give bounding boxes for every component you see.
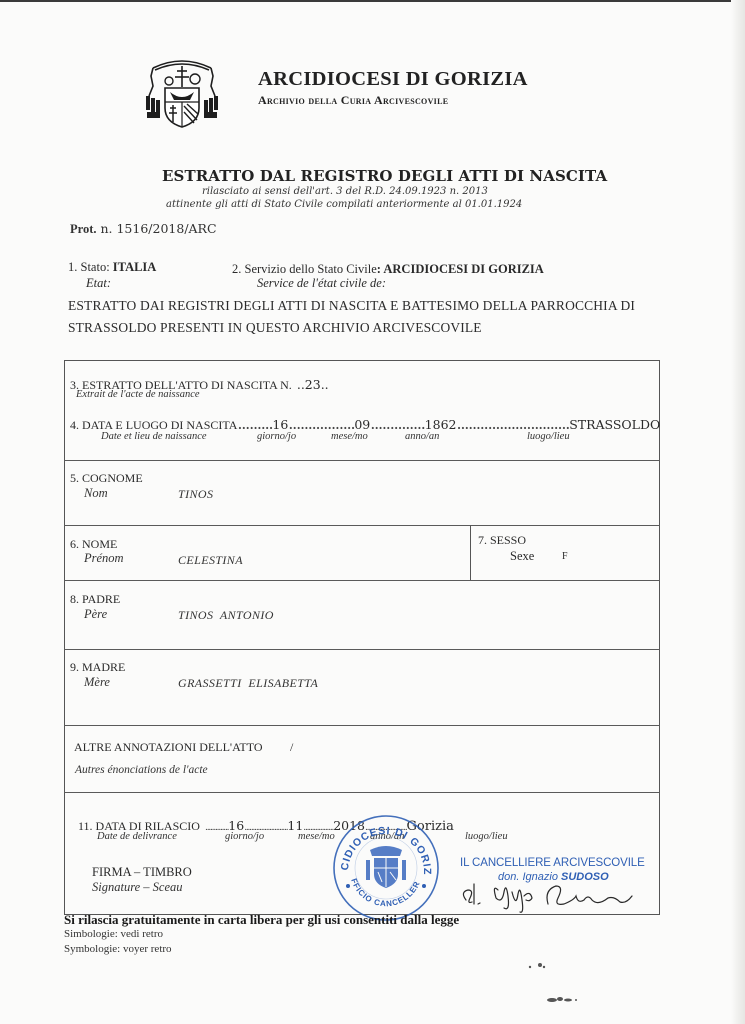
service-label: 2. Servizio dello Stato Civile	[232, 262, 377, 276]
mother-label: 9. MADRE	[70, 660, 125, 675]
year-caption: anno/an	[405, 431, 439, 442]
page-shadow	[731, 0, 745, 1024]
divider	[64, 525, 660, 526]
act-number-value: ..23..	[297, 377, 329, 392]
father-value: TINOS ANTONIO	[178, 608, 274, 623]
issue-date-label-fr: Date de delivrance	[97, 831, 177, 842]
institution-name: ARCIDIOCESI DI GORIZIA	[258, 68, 528, 91]
father-label-fr: Père	[84, 607, 107, 622]
mother-value: GRASSETTI ELISABETTA	[178, 676, 318, 691]
service-label-fr: Service de l'état civile de:	[257, 276, 386, 291]
chancellor-title: IL CANCELLIERE ARCIVESCOVILE	[460, 857, 645, 869]
day-caption: giorno/jo	[257, 431, 296, 442]
divider	[64, 460, 660, 461]
place-caption: luogo/lieu	[465, 831, 508, 842]
official-stamp-icon: ARCIDIOCESI DI GORIZIA UFFICIO CANCELLER…	[330, 812, 442, 924]
free-issue-note: Si rilascia gratuitamente in carta liber…	[64, 912, 459, 928]
surname-value: TINOS	[178, 487, 213, 502]
divider	[64, 792, 660, 793]
birth-label-fr: Date et lieu de naissance	[101, 431, 207, 442]
page-edge	[0, 0, 745, 2]
protocol-label: Prot.	[70, 222, 97, 236]
first-name-label: 6. NOME	[70, 537, 117, 552]
coat-of-arms-icon	[143, 52, 221, 128]
department-name: Archivio della Curia Arcivescovile	[258, 93, 448, 108]
birth-label: 4. DATA E LUOGO DI NASCITA	[70, 418, 237, 432]
document-subtitle: attinente gli atti di Stato Civile compi…	[166, 199, 522, 210]
birth-day: 16	[272, 417, 288, 432]
month-caption: mese/mo	[331, 431, 368, 442]
divider	[64, 649, 660, 650]
state-field: 1. Stato: ITALIA	[68, 260, 156, 275]
symbols-note-fr: Symbologie: voyer retro	[64, 943, 172, 955]
birth-month: 09	[354, 417, 370, 432]
father-label: 8. PADRE	[70, 592, 120, 607]
scan-specks	[470, 955, 590, 1005]
annotations-value: /	[290, 740, 293, 755]
annotations-label: ALTRE ANNOTAZIONI DELL'ATTO	[74, 740, 263, 755]
sex-value: F	[562, 551, 568, 562]
service-field: 2. Servizio dello Stato Civile: ARCIDIOC…	[232, 262, 544, 277]
protocol-number: Prot. n. 1516/2018/ARC	[70, 221, 217, 237]
surname-label-fr: Nom	[84, 486, 108, 501]
protocol-value: n. 1516/2018/ARC	[100, 221, 216, 236]
state-label: 1. Stato:	[68, 260, 110, 274]
divider	[64, 580, 660, 581]
surname-label: 5. COGNOME	[70, 471, 143, 486]
first-name-label-fr: Prénom	[84, 551, 124, 566]
document-subtitle: rilasciato ai sensi dell'art. 3 del R.D.…	[202, 186, 488, 197]
divider	[470, 525, 471, 580]
document-title: ESTRATTO DAL REGISTRO DEGLI ATTI DI NASC…	[162, 167, 607, 185]
service-value: : ARCIDIOCESI DI GORIZIA	[377, 262, 544, 276]
act-number-label-fr: Extrait de l'acte de naissance	[76, 389, 200, 400]
symbols-note-it: Simbologie: vedi retro	[64, 928, 163, 940]
divider	[64, 725, 660, 726]
birth-place: STRASSOLDO	[569, 417, 660, 432]
signature-label: FIRMA – TIMBRO	[92, 865, 192, 880]
mother-label-fr: Mère	[84, 675, 110, 690]
birth-year: 1862	[425, 417, 457, 432]
signature-label-fr: Signature – Sceau	[92, 880, 183, 895]
annotations-label-fr: Autres énonciations de l'acte	[75, 764, 208, 776]
handwritten-signature-icon	[458, 878, 638, 918]
day-caption: giorno/jo	[225, 831, 264, 842]
state-value: ITALIA	[113, 260, 157, 274]
extract-description: ESTRATTO DAI REGISTRI DEGLI ATTI DI NASC…	[68, 298, 678, 314]
place-caption: luogo/lieu	[527, 431, 570, 442]
sex-label: 7. SESSO	[478, 533, 526, 548]
extract-description: STRASSOLDO PRESENTI IN QUESTO ARCHIVIO A…	[68, 320, 678, 336]
sex-label-fr: Sexe	[510, 549, 534, 564]
first-name-value: CELESTINA	[178, 553, 243, 568]
state-label-fr: Etat:	[86, 276, 111, 291]
